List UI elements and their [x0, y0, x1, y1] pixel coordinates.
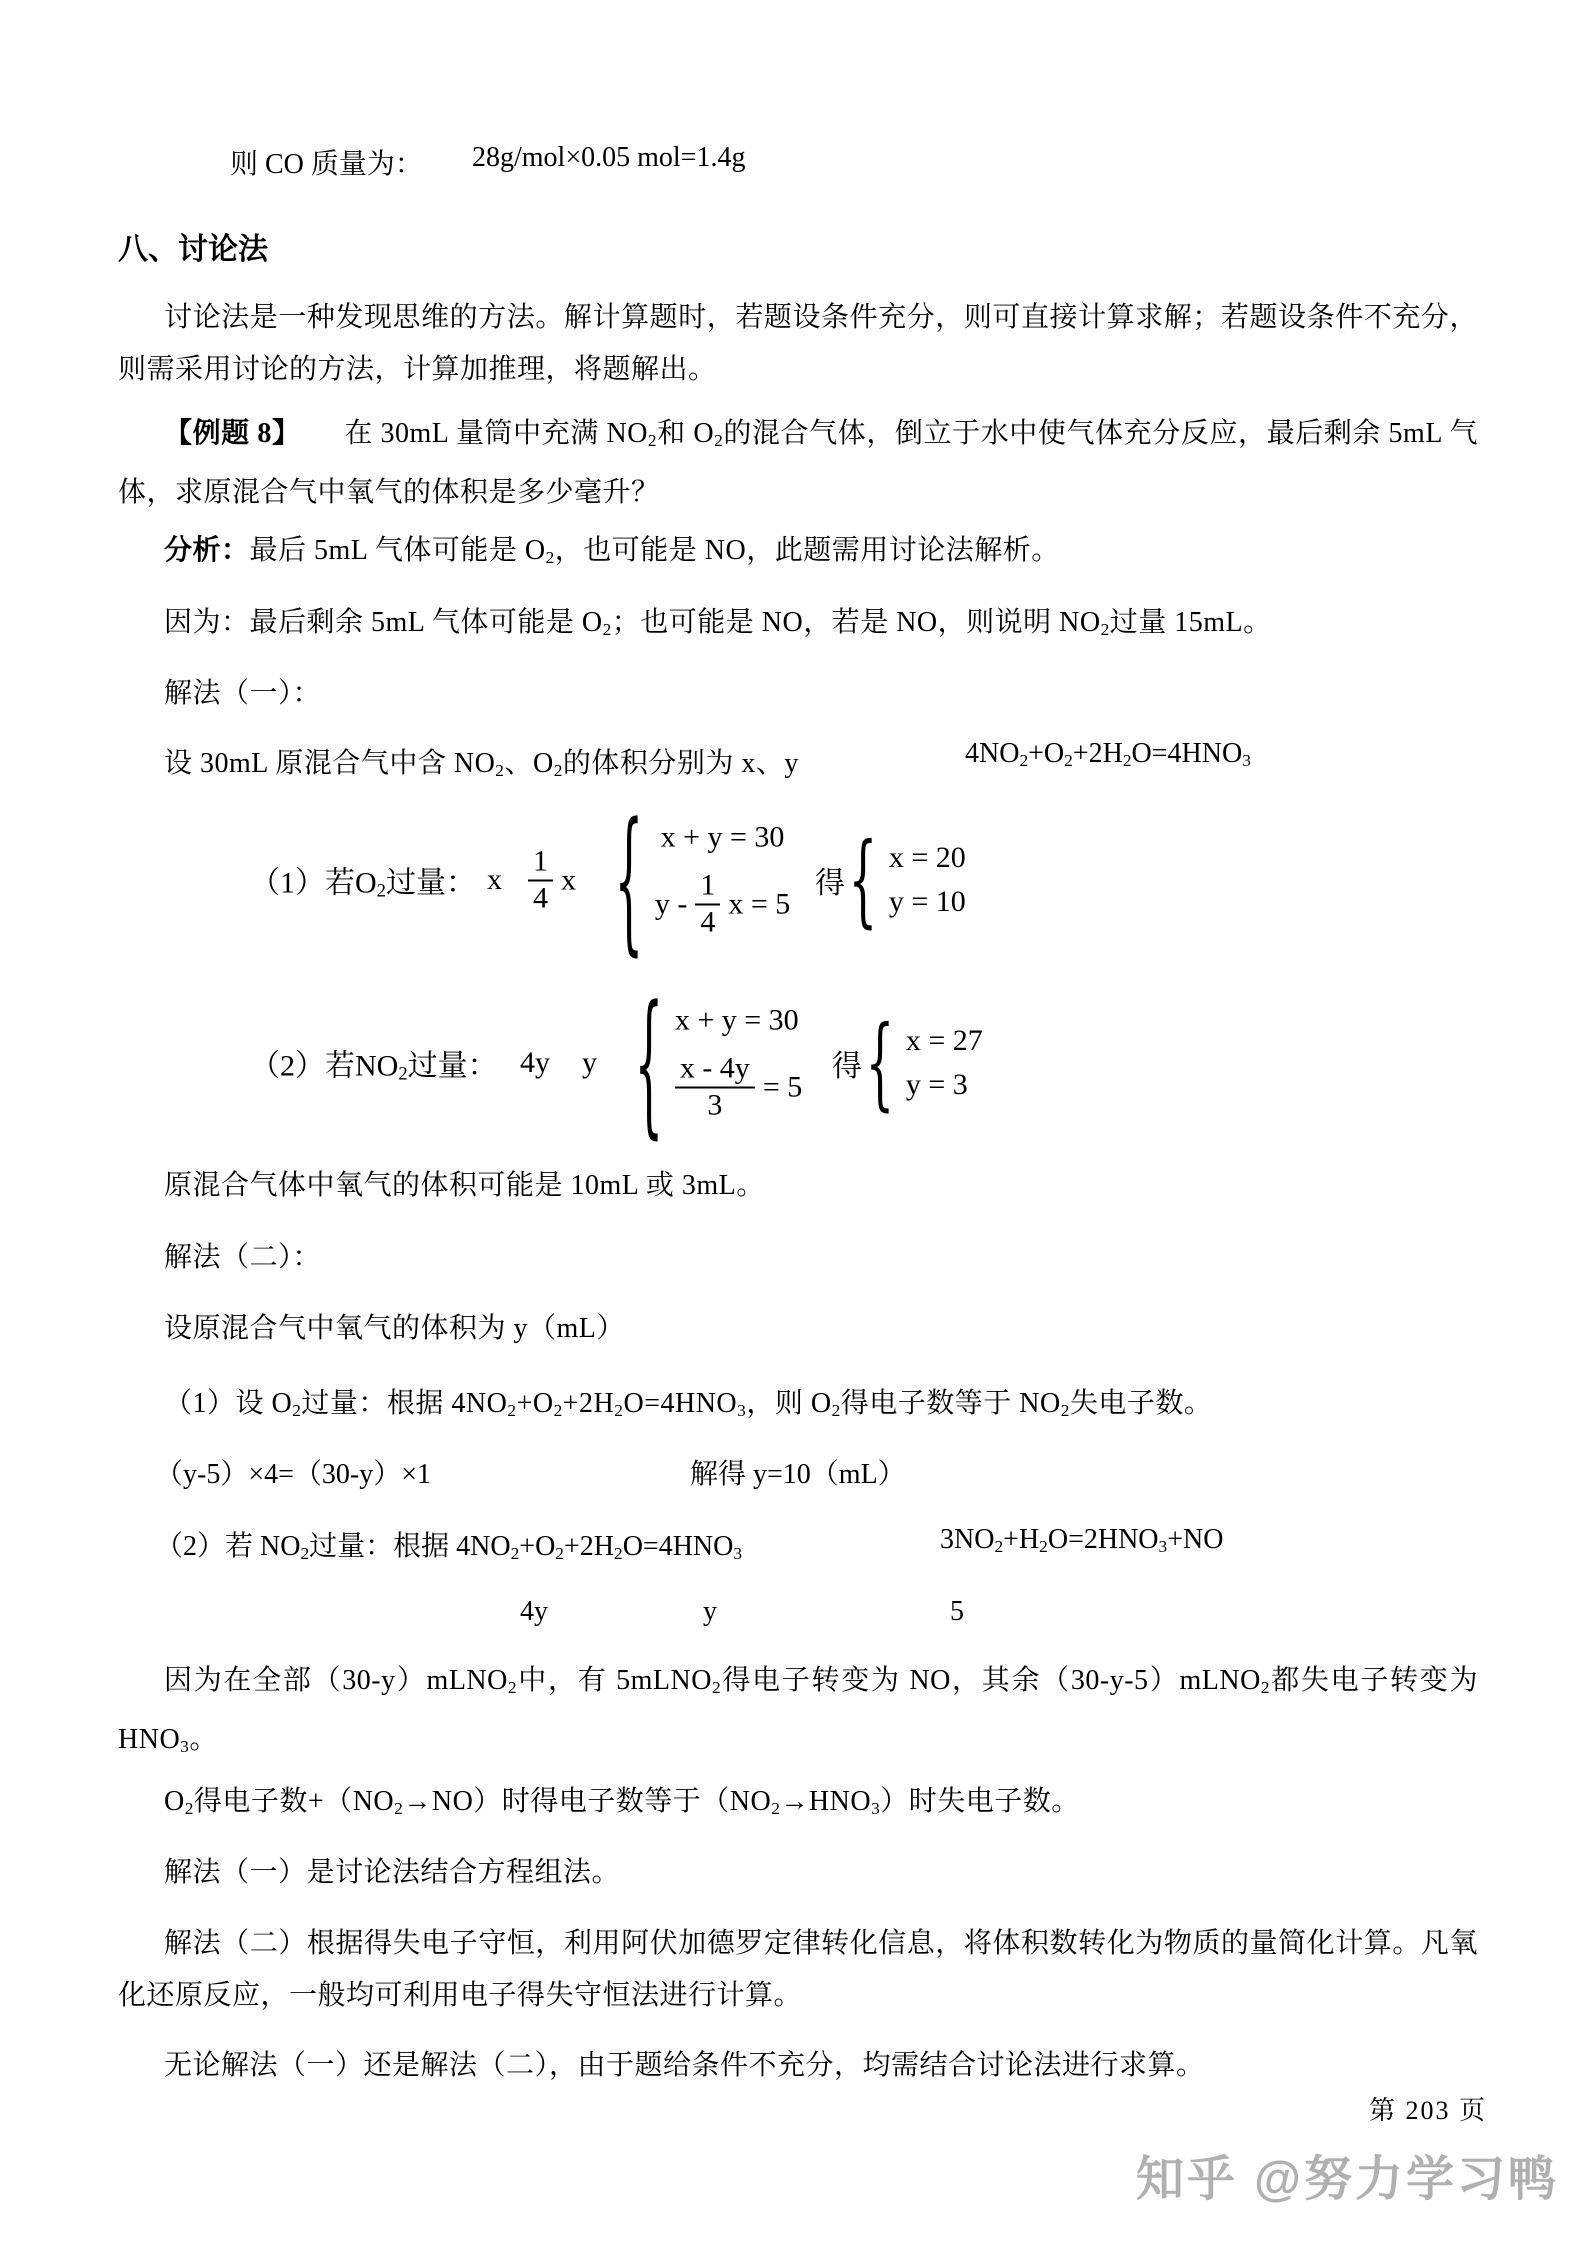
method2-solve1: （y-5）×4=（30-y）×1	[155, 1452, 431, 1492]
method2-assume: 设原混合气中氧气的体积为 y（mL）	[118, 1303, 1478, 1355]
method2-step2: （2）若 NO2过量：根据 4NO2+O2+2H2O=4HNO3	[155, 1524, 742, 1564]
setup-formula: 4NO2+O2+2H2O=4HNO3	[965, 738, 1251, 771]
co-mass-line: 则 CO 质量为：	[230, 142, 423, 182]
example-paragraph: 【例题 8】 在 30mL 量筒中充满 NO2和 O2的混合气体，倒立于水中使气…	[118, 408, 1478, 519]
page-number: 第 203 页	[1369, 2090, 1487, 2127]
example-tag: 【例题 8】	[164, 418, 301, 449]
left-brace: {	[849, 830, 878, 930]
document-page: 则 CO 质量为： 28g/mol×0.05 mol=1.4g 八、讨论法 讨论…	[0, 0, 1587, 2245]
because-line: 因为：最后剩余 5mL 气体可能是 O2；也可能是 NO，若是 NO，则说明 N…	[118, 597, 1478, 656]
watermark: 知乎 @努力学习鸭	[1136, 2140, 1559, 2209]
left-brace: {	[615, 803, 644, 958]
method2-solve1-result: 解得 y=10（mL）	[690, 1452, 906, 1492]
electron-balance-line: O2得电子数+（NO2→NO）时得电子数等于（NO2→HNO3）时失电子数。	[118, 1776, 1478, 1835]
analysis-tag: 分析：	[164, 535, 250, 566]
case1-fraction: 14 x	[528, 845, 576, 916]
case1-result: 得 { x = 20 y = 10	[815, 841, 966, 919]
co-mass-formula: 28g/mol×0.05 mol=1.4g	[472, 142, 745, 174]
label-y: y	[703, 1596, 717, 1628]
analysis-paragraph: 分析：最后 5mL 气体可能是 O2，也可能是 NO，此题需用讨论法解析。	[118, 525, 1478, 584]
case2-var-4y: 4y	[520, 1046, 550, 1080]
case1-system: { x + y = 30 y - 14 x = 5	[613, 821, 790, 940]
method1-setup: 设 30mL 原混合气中含 NO2、O2的体积分别为 x、y	[118, 738, 1478, 797]
intro-paragraph: 讨论法是一种发现思维的方法。解计算题时，若题设条件充分，则可直接计算求解；若题设…	[118, 292, 1478, 396]
case1-var-x: x	[487, 863, 502, 897]
method1-conclusion: 原混合气体中氧气的体积可能是 10mL 或 3mL。	[118, 1160, 1478, 1212]
method1-title: 解法（一）：	[118, 668, 1478, 720]
case2-system: { x + y = 30 x - 4y3 = 5	[633, 1004, 802, 1123]
note1: 解法（一）是讨论法结合方程组法。	[118, 1847, 1478, 1899]
note2: 解法（二）根据得失电子守恒，利用阿伏加德罗定律转化信息，将体积数转化为物质的量简…	[118, 1918, 1478, 2022]
method2-step1: （1）设 O2过量：根据 4NO2+O2+2H2O=4HNO3，则 O2得电子数…	[118, 1378, 1478, 1437]
case2-var-y: y	[582, 1046, 597, 1080]
final-note: 无论解法（一）还是解法（二），由于题给条件不充分，均需结合讨论法进行求算。	[118, 2040, 1478, 2092]
left-brace: {	[635, 986, 664, 1141]
case2-prefix: （2）若NO2过量：	[250, 1040, 498, 1085]
method2-title: 解法（二）：	[118, 1232, 1478, 1284]
analysis-body: 最后 5mL 气体可能是 O2，也可能是 NO，此题需用讨论法解析。	[250, 535, 1060, 566]
case1-prefix: （1）若O2过量：	[250, 857, 476, 902]
left-brace: {	[866, 1013, 895, 1113]
section-heading: 八、讨论法	[118, 224, 268, 268]
method2-because: 因为在全部（30-y）mLNO2中，有 5mLNO2得电子转变为 NO，其余（3…	[118, 1655, 1478, 1773]
equation-case1: （1）若O2过量： x 14 x { x + y = 30 y - 14 x =…	[250, 795, 1450, 965]
method2-step2-formula: 3NO2+H2O=2HNO3+NO	[940, 1524, 1223, 1557]
case2-result: 得 { x = 27 y = 3	[832, 1024, 983, 1102]
equation-case2: （2）若NO2过量： 4y y { x + y = 30 x - 4y3 = 5…	[250, 968, 1450, 1158]
co-mass-label: 则 CO 质量为：	[230, 149, 423, 180]
label-4y: 4y	[520, 1596, 548, 1628]
label-5: 5	[950, 1596, 964, 1628]
